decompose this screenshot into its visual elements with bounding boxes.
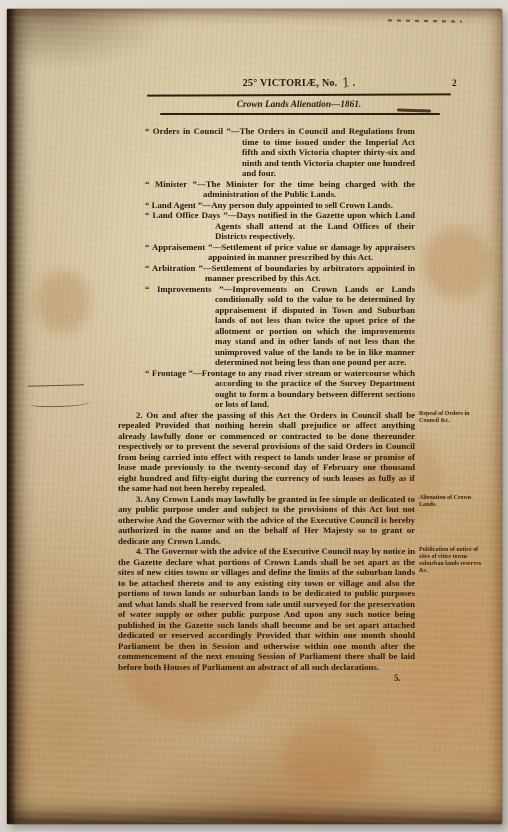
definition-term: “ Minister ”: [145, 179, 197, 189]
margin-note: Repeal of Orders in Council &c.: [419, 411, 483, 425]
section-paragraph: 3. Any Crown Lands may lawfully be grant…: [118, 494, 415, 547]
definition-term: “ Improvements ”: [145, 284, 224, 294]
stain: [282, 721, 377, 793]
definition-term: “ Land Office Days ”: [145, 210, 228, 220]
section-paragraph: 2. On and after the passing of this Act …: [118, 410, 415, 494]
title-period: .: [353, 78, 356, 89]
definition-body: —Days notified in the Gazette upon which…: [215, 210, 415, 241]
header-rule-bottom: [160, 113, 440, 115]
act-section: 4. The Governor with the advice of the E…: [118, 546, 415, 672]
volume-title: 25° VICTORIÆ, No.: [243, 78, 338, 89]
paper-sheet: 25° VICTORIÆ, No. 1. 2 Crown Lands Alien…: [7, 9, 502, 824]
sections-block: 2. On and after the passing of this Act …: [118, 410, 415, 673]
scanned-page-background: 25° VICTORIÆ, No. 1. 2 Crown Lands Alien…: [0, 0, 508, 832]
definition-item: “ Orders in Council ”—The Orders in Coun…: [118, 126, 415, 179]
stain: [422, 227, 492, 299]
page-number: 2: [452, 79, 457, 90]
definition-item: “ Land Office Days ”—Days notified in th…: [118, 210, 415, 242]
margin-note: Publication of notice of sites of cities…: [419, 547, 483, 575]
definition-term: “ Orders in Council ”: [145, 126, 231, 136]
definition-body: —The Minister for the time being charged…: [197, 179, 415, 200]
definitions-block: “ Orders in Council ”—The Orders in Coun…: [118, 126, 415, 410]
definition-body: —Any person duly appointed to sell Crown…: [202, 200, 392, 210]
definition-item: “ Minister ”—The Minister for the time b…: [118, 179, 415, 200]
definition-term: “ Frontage ”: [145, 368, 193, 378]
definition-body: —Improvements on Crown Lands or Lands co…: [215, 284, 415, 368]
handwritten-number: 1: [343, 83, 351, 85]
section-paragraph: 4. The Governor with the advice of the E…: [118, 546, 415, 672]
stitch-marks: [388, 19, 462, 22]
definition-term: “ Appraisement ”: [145, 242, 213, 252]
header-rule-top: [147, 93, 451, 96]
act-subtitle: Crown Lands Alienation—1861.: [147, 100, 451, 111]
definition-term: “ Arbitration ”: [145, 263, 203, 273]
pen-mark: [28, 384, 84, 389]
catchword: 5.: [394, 673, 415, 684]
stain: [35, 271, 90, 333]
act-section: 3. Any Crown Lands may lawfully be grant…: [118, 494, 415, 547]
margin-note: Alienation of Crown Lands.: [419, 495, 483, 509]
page-content: 25° VICTORIÆ, No. 1. 2 Crown Lands Alien…: [118, 77, 415, 684]
definition-item: “ Frontage ”—Frontage to any road river …: [118, 368, 415, 410]
definition-term: “ Land Agent ”: [145, 200, 202, 210]
definition-item: “ Appraisement ”—Settlement of price val…: [118, 242, 415, 263]
act-section: 2. On and after the passing of this Act …: [118, 410, 415, 494]
pen-mark: [30, 399, 90, 407]
definition-body: —Frontage to any road river stream or wa…: [193, 368, 415, 410]
definition-item: “ Arbitration ”—Settlement of boundaries…: [118, 263, 415, 284]
binding-edge-shadow: [7, 9, 16, 824]
definition-body: —Settlement of boundaries by arbitrators…: [203, 263, 415, 284]
definition-body: —The Orders in Council and Regulations f…: [231, 126, 415, 178]
definition-body: —Settlement of price value or damage by …: [208, 242, 415, 263]
definition-item: “ Land Agent ”—Any person duly appointed…: [118, 200, 415, 211]
header-title-line: 25° VICTORIÆ, No. 1. 2: [147, 79, 451, 90]
definition-item: “ Improvements ”—Improvements on Crown L…: [118, 284, 415, 368]
